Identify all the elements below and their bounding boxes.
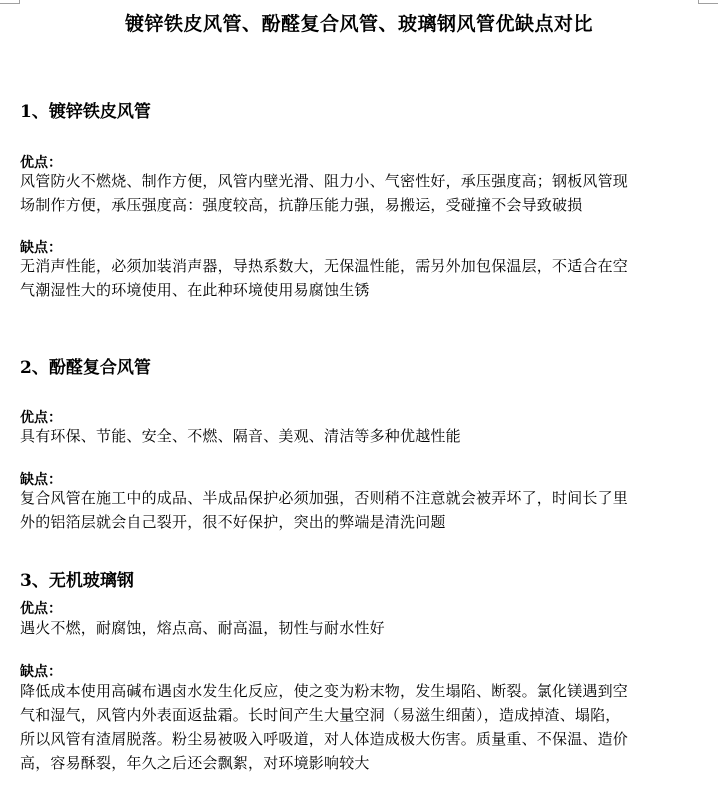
cons-text: 降低成本使用高碱布遇卤水发生化反应，使之变为粉末物，发生塌陷、断裂。氯化镁遇到空… [20,679,700,775]
text-line: 遇火不燃，耐腐蚀，熔点高、耐高温，韧性与耐水性好 [20,616,700,640]
text-line: 无消声性能，必须加装消声器，导热系数大，无保温性能，需另外加包保温层，不适合在空 [20,254,700,278]
text-line: 所以风管有渣屑脱落。粉尘易被吸入呼吸道，对人体造成极大伤害。质量重、不保温、造价 [20,727,700,751]
text-line: 复合风管在施工中的成品、半成品保护必须加强，否则稍不注意就会被弄坏了，时间长了里 [20,486,700,510]
text-line: 场制作方便，承压强度高：强度较高，抗静压能力强，易搬运，受碰撞不会导致破损 [20,193,700,217]
page-corner-mark-right [698,0,718,4]
section-heading-phenolic: 2、酚醛复合风管 [20,353,151,378]
cons-label: 缺点： [20,661,62,681]
pros-text: 风管防火不燃烧、制作方便，风管内壁光滑、阻力小、气密性好，承压强度高；钢板风管现… [20,169,700,217]
text-line: 外的铝箔层就会自己裂开，很不好保护，突出的弊端是清洗问题 [20,510,700,534]
page-corner-mark-left [0,0,20,4]
pros-label: 优点： [20,598,62,618]
text-line: 气和湿气，风管内外表面返盐霜。长时间产生大量空洞（易滋生细菌），造成掉渣、塌陷， [20,703,700,727]
cons-text: 无消声性能，必须加装消声器，导热系数大，无保温性能，需另外加包保温层，不适合在空… [20,254,700,302]
pros-text: 具有环保、节能、安全、不燃、隔音、美观、清洁等多种优越性能 [20,424,700,448]
text-line: 气潮湿性大的环境使用、在此种环境使用易腐蚀生锈 [20,278,700,302]
document-title: 镀锌铁皮风管、酚醛复合风管、玻璃钢风管优缺点对比 [0,9,718,36]
text-line: 降低成本使用高碱布遇卤水发生化反应，使之变为粉末物，发生塌陷、断裂。氯化镁遇到空 [20,679,700,703]
text-line: 高，容易酥裂，年久之后还会飘絮，对环境影响较大 [20,751,700,775]
cons-text: 复合风管在施工中的成品、半成品保护必须加强，否则稍不注意就会被弄坏了，时间长了里… [20,486,700,534]
text-line: 具有环保、节能、安全、不燃、隔音、美观、清洁等多种优越性能 [20,424,700,448]
section-heading-galvanized: 1、镀锌铁皮风管 [20,97,151,122]
pros-text: 遇火不燃，耐腐蚀，熔点高、耐高温，韧性与耐水性好 [20,616,700,640]
text-line: 风管防火不燃烧、制作方便，风管内壁光滑、阻力小、气密性好，承压强度高；钢板风管现 [20,169,700,193]
section-heading-fiberglass: 3、无机玻璃钢 [20,566,134,591]
